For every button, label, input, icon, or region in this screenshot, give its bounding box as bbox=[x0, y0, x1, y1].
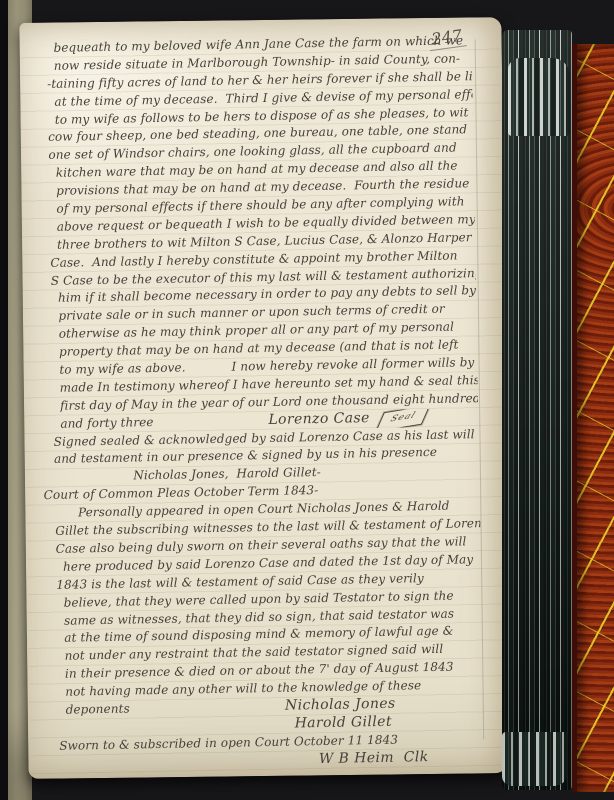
line-text: and forty three bbox=[60, 414, 153, 434]
manuscript-lines: bequeath to my beloved wife Ann Jane Cas… bbox=[17, 32, 512, 781]
photo-left-gutter bbox=[0, 0, 8, 800]
line-text: to my wife as above. bbox=[59, 359, 185, 379]
line-text: W B Heim Clk bbox=[319, 749, 429, 769]
page-edge-highlight-top bbox=[508, 58, 570, 136]
manuscript-page: 247 bequeath to my beloved wife Ann Jane… bbox=[19, 17, 510, 779]
marbled-cover-board bbox=[572, 44, 614, 792]
line-text: Lorenzo Case bbox=[268, 410, 370, 430]
photo-backdrop: { "photo": { "page_number": "247" }, "co… bbox=[0, 0, 614, 800]
line-text: Nicholas Jones bbox=[285, 696, 396, 716]
book-page-edges bbox=[502, 30, 572, 790]
page-edge-highlight-bottom bbox=[502, 732, 568, 786]
line-text: deponents bbox=[65, 700, 129, 719]
line-text: Harold Gillet bbox=[294, 714, 392, 734]
